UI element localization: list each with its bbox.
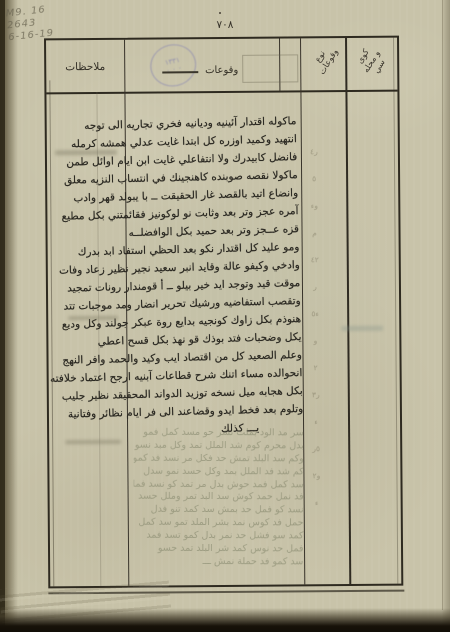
events-header: وقوعات (162, 63, 240, 79)
tick-mark: ء (306, 408, 326, 435)
double-rule-left (49, 80, 54, 586)
showthrough-line: وكم سد البلد تمش حد فكل مر نسد فد كمو (134, 452, 304, 466)
tick-mark: و٢ (306, 462, 326, 489)
events-label: وقوعات (198, 65, 240, 76)
binding-edge (0, 0, 5, 632)
showthrough-line: فمل حد نوس كمد شر البلد تمد حسو (133, 543, 303, 557)
page-edge-shade (441, 0, 450, 632)
tick-mark: ٥ (304, 165, 324, 192)
tick-mark: و (305, 327, 325, 354)
showthrough-line: نسد كو فمل حد بمش سد كمد تنو فدل (134, 504, 304, 518)
fill-in-dash (162, 71, 198, 73)
showthrough-line: فد نمل حمد كوش سد البد تمر وملل حسد (134, 491, 304, 505)
showthrough-line: سر مد الود بملت نشر حو مسد كمل فمو (134, 427, 304, 441)
showthrough-line: بدل محرم كوم شد الملل تمد وكل مبد نسو (134, 440, 304, 454)
showthrough-line: حمل فد كوس نمد بشر الملد تمو سد كمل (133, 517, 303, 531)
tick-mark: وء (304, 192, 324, 219)
manuscript-entry: ماكوله اقتدار آئينيه وديانيه فخري تجاريه… (128, 112, 303, 422)
scanned-register-page: M9. 16 2643 6-16-19 ٧٠٨ ملاحظات ١٣٣١ ٠ ٠… (0, 0, 450, 632)
bleed-smudge (341, 326, 383, 331)
remarks-column-header: ملاحظات (49, 61, 121, 74)
pencil-outline-box (242, 54, 298, 82)
type-column-header: نوع وقوعات (306, 37, 344, 83)
folio-number: ٧٠٨ (203, 19, 247, 31)
tick-mark: ر٤ (304, 138, 324, 165)
tick-mark: ر٣ (306, 381, 326, 408)
bleed-smudge (68, 316, 118, 320)
double-rule-right (393, 38, 398, 584)
tick-mark: ٥ر (306, 435, 326, 462)
tick-mark: ٤٢ (305, 246, 325, 273)
place-column-header: كوى و محله سي (348, 35, 396, 89)
margin-tick-marks: ر٤٥وءم٤٢رء٥و٢ر٣ء٥رو٢ء (304, 138, 327, 516)
tick-mark: ء (307, 489, 327, 516)
showthrough-line: سد كمل فمد حوش بدل مر تمد كو نسد فمل (134, 478, 304, 492)
tick-mark: م (304, 219, 324, 246)
tick-mark: ر (305, 273, 325, 300)
showthrough-line: كمد سو فشل حد نمر بدل كمو تسد فمد (133, 530, 303, 544)
book-bottom-edge (0, 608, 450, 632)
bleed-smudge (55, 150, 117, 155)
showthrough-line: سد كمو فد حملة نمش ـــ (133, 556, 303, 570)
tick-mark: ٢ (305, 354, 325, 381)
register-table: ملاحظات ١٣٣١ ٠ ٠ ٠ وقوعات نوع وقوعات كوى… (44, 36, 403, 589)
tick-mark: ء٥ (305, 300, 325, 327)
showthrough-text: سر مد الود بملت نشر حو مسد كمل فموبدل مح… (133, 427, 304, 570)
showthrough-line: كم شد فد الملل بمد وكل حسد نمو سدل (134, 465, 304, 479)
bleed-smudge (65, 440, 121, 444)
ink-speck (219, 12, 221, 14)
place-column-rule (345, 38, 351, 584)
